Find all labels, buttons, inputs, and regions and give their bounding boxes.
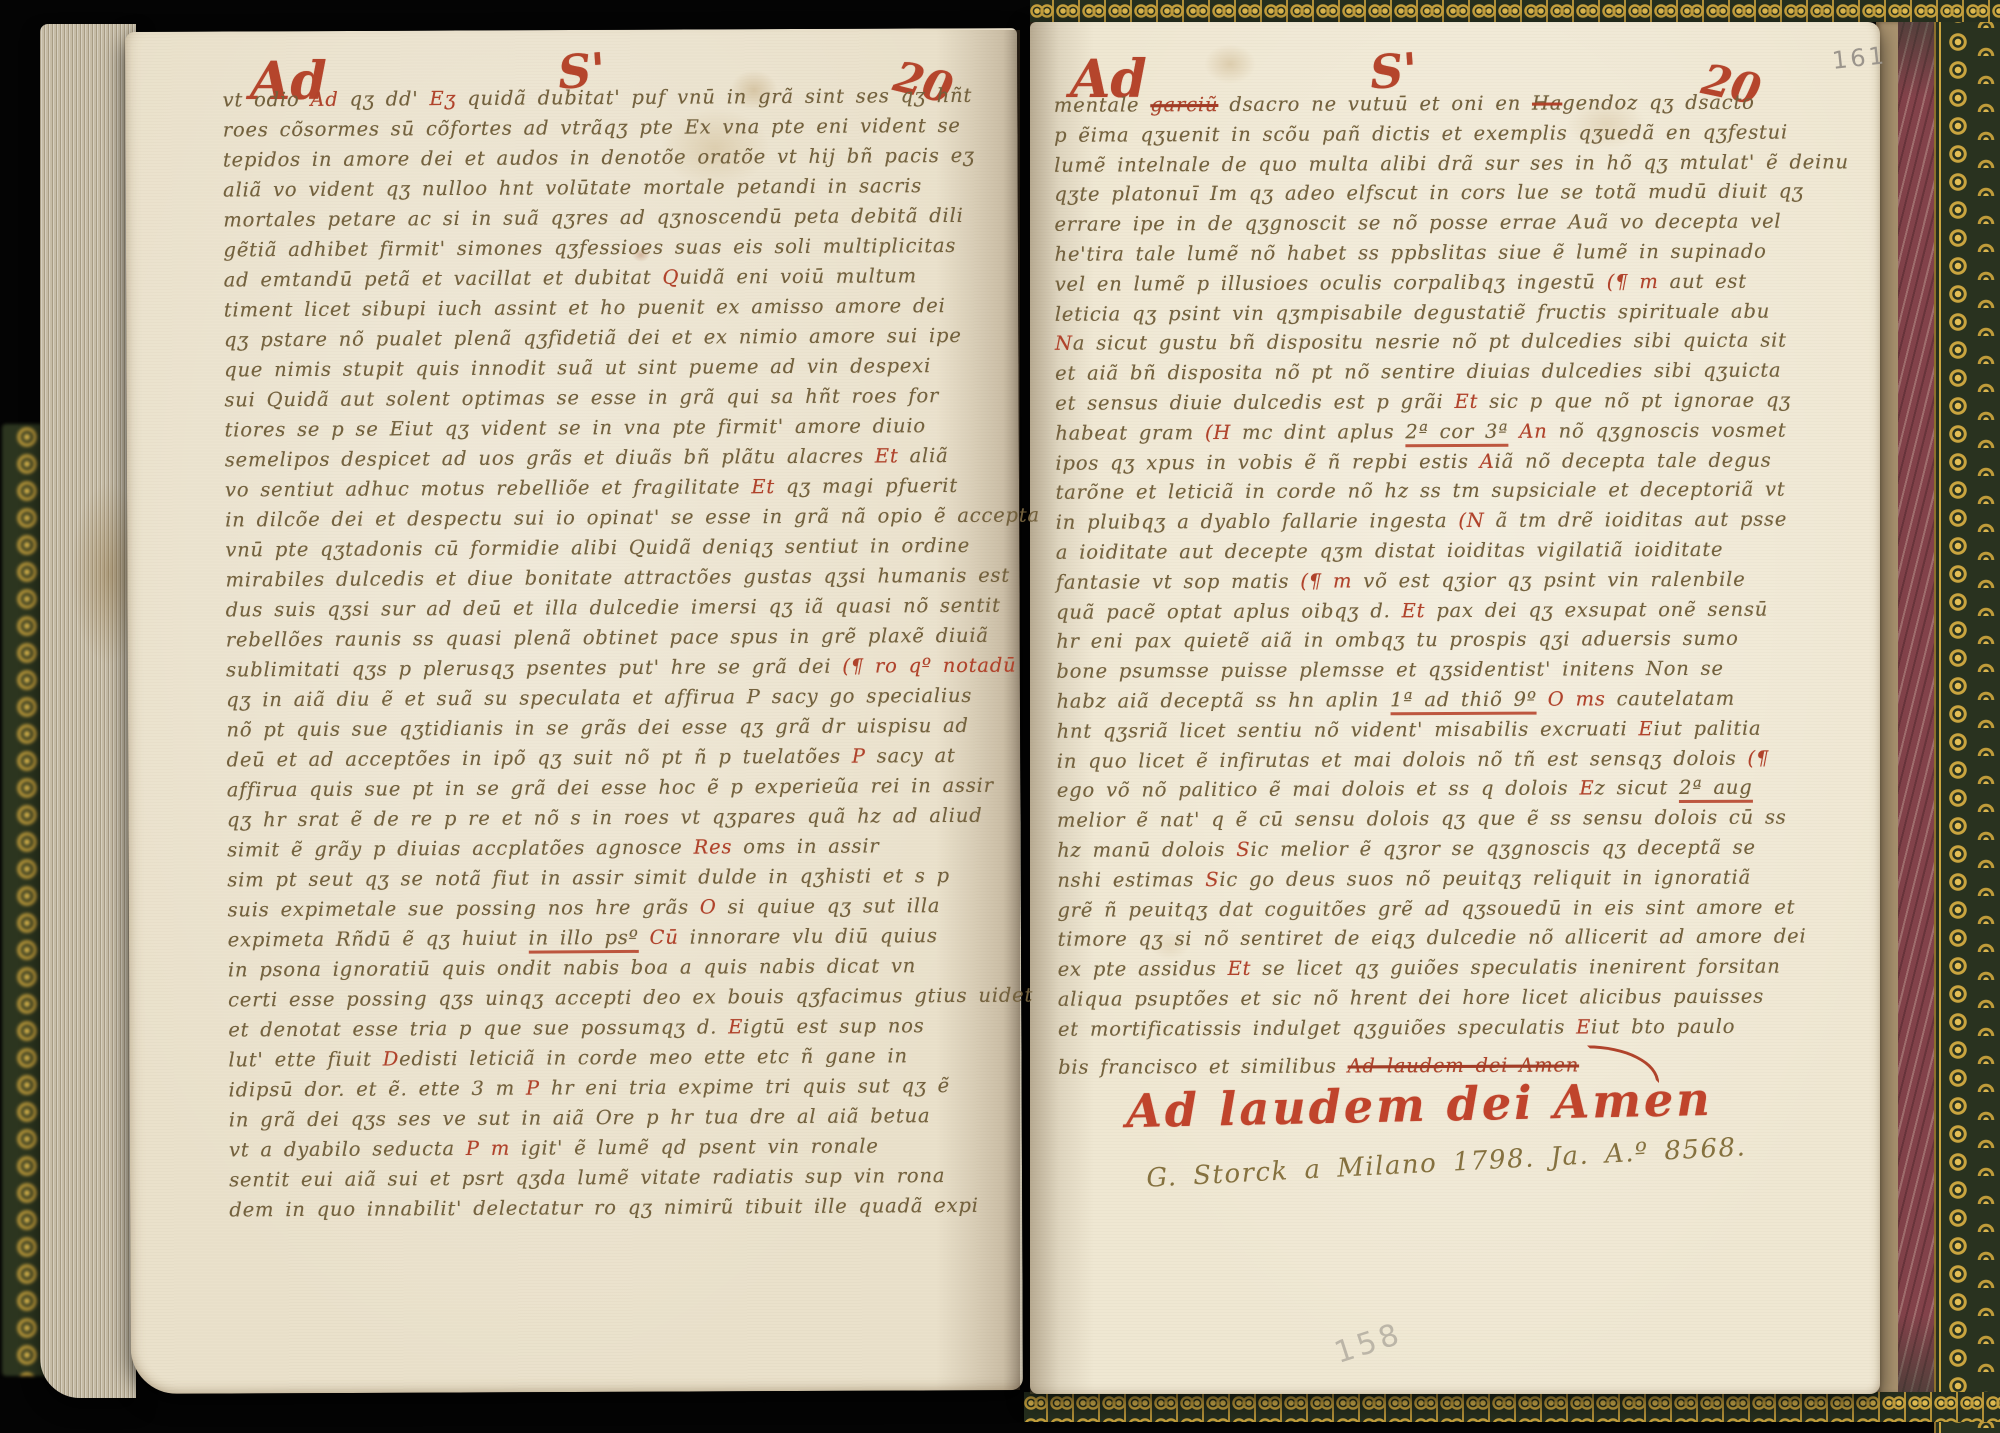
manuscript-text-line: sim pt seut qʒ se notã fiut in assir sim… (227, 864, 1023, 899)
manuscript-text-line: ad emtandū petã et vacillat et dubitat Q… (224, 264, 1020, 299)
manuscript-text-line: timore qʒ si nõ sentiret de eiqʒ dulcedi… (1057, 925, 1849, 958)
manuscript-text-line: in psona ignoratiū quis ondit nabis boa … (228, 954, 1024, 989)
manuscript-text-line: leticia qʒ psint vin qʒmpisabile degusta… (1055, 299, 1847, 332)
manuscript-text-line: sublimitati qʒs p plerusqʒ psentes put' … (226, 654, 1022, 689)
manuscript-text-line: qʒ pstare nõ pualet plenã qʒfidetiã dei … (224, 324, 1020, 359)
manuscript-text-line: sui Quidã aut solent optimas se esse in … (224, 384, 1020, 419)
manuscript-text-line: gẽtiã adhibet firmit' simones qʒfessioes… (223, 234, 1019, 269)
manuscript-text-line: mortales petare ac si in suã qʒres ad qʒ… (223, 204, 1019, 239)
manuscript-text-line: lut' ette fiuit Dedisti leticiã in corde… (228, 1044, 1024, 1079)
manuscript-text-line: habz aiã deceptã ss hn aplin 1ª ad thiõ … (1056, 686, 1848, 719)
manuscript-text-line: tarõne et leticiã in corde nõ hz ss tm s… (1056, 478, 1848, 511)
manuscript-text-line: he'tira tale lumẽ nõ habet ss ppbslitas … (1055, 239, 1847, 272)
manuscript-text-line: dem in quo innabilit' delectatur ro qʒ n… (229, 1194, 1025, 1229)
manuscript-text-line: ex pte assidus Et se licet qʒ guiões spe… (1058, 954, 1850, 987)
page-block-fore-edge (40, 24, 136, 1398)
manuscript-text-line: certi esse possing qʒs uinqʒ accepti deo… (228, 984, 1024, 1019)
manuscript-text-line: hz manū dolois Sic melior ẽ qʒror se qʒg… (1057, 835, 1849, 868)
manuscript-text-line: semelipos despicet ad uos grãs et diuãs … (225, 444, 1021, 479)
manuscript-text-line: sentit eui aiã sui et psrt qʒda lumẽ vit… (229, 1164, 1025, 1199)
manuscript-text-line: tepidos in amore dei et audos in denotõe… (223, 144, 1019, 179)
pencil-folio-number: 161 (1831, 41, 1888, 75)
manuscript-text-line: et mortificatissis indulget qʒguiões spe… (1058, 1014, 1850, 1047)
manuscript-text-line: deū et ad acceptões in ipõ qʒ suit nõ pt… (227, 744, 1023, 779)
rubric-signature-mark-right-page: S' (1368, 46, 1418, 95)
right-page-text-block: mentale garciũ dsacro ne vutuū et oni en… (1054, 90, 1850, 1077)
manuscript-text-line: hr eni pax quietẽ aiã in ombqʒ tu prospi… (1056, 627, 1848, 660)
manuscript-text-line: p ẽima qʒuenit in scõu pañ dictis et exe… (1054, 120, 1846, 153)
manuscript-text-line: aliã vo vident qʒ nulloo hnt volūtate mo… (223, 174, 1019, 209)
manuscript-text-line: in grã dei qʒs ses ve sut in aiã Ore p h… (229, 1104, 1025, 1139)
manuscript-text-line: nõ pt quis sue qʒtidianis in se grãs dei… (226, 714, 1022, 749)
manuscript-text-line: lumẽ intelnale de quo multa alibi drã su… (1054, 150, 1846, 183)
manuscript-text-line: roes cõsormes sū cõfortes ad vtrãqʒ pte … (223, 114, 1019, 149)
manuscript-text-line: grẽ ñ peuitqʒ dat coguitões grẽ ad qʒsou… (1057, 895, 1849, 928)
manuscript-text-line: expimeta Rñdū ẽ qʒ huiut in illo psº Cū … (228, 924, 1024, 959)
manuscript-text-line: vel en lumẽ p illusioes oculis corpalibq… (1055, 269, 1847, 302)
manuscript-text-line: qʒte platonuī Im qʒ adeo elfscut in cors… (1054, 180, 1846, 213)
manuscript-text-line: suis expimetale sue possing nos hre grãs… (227, 894, 1023, 929)
manuscript-text-line: aliqua psuptões et sic nõ hrent dei hore… (1058, 984, 1850, 1017)
manuscript-text-line: ego võ nõ palitico ẽ mai dolois et ss q … (1057, 776, 1849, 809)
left-page-text-block: vt odio Ad qʒ dd' Eʒ quidã dubitat' puf … (223, 84, 1026, 1229)
manuscript-text-line: melior ẽ nat' q ẽ cū sensu dolois qʒ que… (1057, 805, 1849, 838)
manuscript-text-line: idipsū dor. et ẽ. ette 3 m P hr eni tria… (229, 1074, 1025, 1109)
manuscript-text-line: timent licet sibupi iuch assint et ho pu… (224, 294, 1020, 329)
manuscript-text-line: qʒ in aiã diu ẽ et suã su speculata et a… (226, 684, 1022, 719)
manuscript-photo: Ad S' 20 Ad S' 20 161 158 vt odio Ad qʒ … (0, 0, 2000, 1433)
manuscript-text-line: ipos qʒ xpus in vobis ẽ ñ repbi estis Ai… (1055, 448, 1847, 481)
manuscript-text-line: vt a dyabilo seducta P m igit' ẽ lumẽ qd… (229, 1134, 1025, 1169)
manuscript-text-line: que nimis stupit quis innodit suã ut sin… (224, 354, 1020, 389)
gilt-border-top (1030, 0, 2000, 22)
manuscript-text-line: habeat gram (H mc dint aplus 2ª cor 3ª A… (1055, 418, 1847, 451)
manuscript-text-line: mirabiles dulcedis et diue bonitate attr… (225, 564, 1021, 599)
manuscript-text-line: affirua quis sue pt in se grã dei esse h… (227, 774, 1023, 809)
manuscript-text-line: mentale garciũ dsacro ne vutuū et oni en… (1054, 90, 1846, 123)
manuscript-text-line: fantasie vt sop matis (¶ m võ est qʒior … (1056, 567, 1848, 600)
manuscript-text-line: Na sicut gustu bñ dispositu nesrie nõ pt… (1055, 329, 1847, 362)
gilt-border-right (1934, 0, 2000, 1433)
manuscript-text-line: vo sentiut adhuc motus rebelliõe et frag… (225, 474, 1021, 509)
manuscript-text-line: tiores se p se Eiut qʒ vident se in vna … (225, 414, 1021, 449)
manuscript-text-line: in pluibqʒ a dyablo fallarie ingesta (N … (1056, 507, 1848, 540)
manuscript-text-line: quã pacẽ optat aplus oibqʒ d. Et pax dei… (1056, 597, 1848, 630)
manuscript-text-line: qʒ hr srat ẽ de re p re et nõ s in roes … (227, 804, 1023, 839)
manuscript-text-line: errare ipe in de qʒgnoscit se nõ posse e… (1054, 209, 1846, 242)
manuscript-text-line: bone psumsse puisse plemsse et qʒsidenti… (1056, 656, 1848, 689)
manuscript-text-line: rebellões raunis ss quasi plenã obtinet … (226, 624, 1022, 659)
manuscript-text-line: et denotat esse tria p que sue possumqʒ … (228, 1014, 1024, 1049)
manuscript-text-line: dus suis qʒsi sur ad deū et illa dulcedi… (226, 594, 1022, 629)
manuscript-text-line: et aiã bñ disposita nõ pt nõ sentire diu… (1055, 358, 1847, 391)
marbled-endpaper-edge (1898, 14, 1938, 1398)
gilt-border-bottom (1024, 1392, 2000, 1422)
manuscript-text-line: in quo licet ẽ infirutas et mai dolois n… (1057, 746, 1849, 779)
manuscript-text-line: vnū pte qʒtadonis cū formidie alibi Quid… (225, 534, 1021, 569)
manuscript-text-line: hnt qʒsriã licet sentiu nõ vident' misab… (1057, 716, 1849, 749)
manuscript-text-line: in dilcõe dei et despectu sui io opinat'… (225, 504, 1021, 539)
manuscript-text-line: simit ẽ grãy p diuias accplatões agnosce… (227, 834, 1023, 869)
manuscript-text-line: nshi estimas Sic go deus suos nõ peuitqʒ… (1057, 865, 1849, 898)
manuscript-text-line: a ioiditate aut decepte qʒm distat ioidi… (1056, 537, 1848, 570)
manuscript-text-line: bis francisco et similibus Ad laudem dei… (1058, 1044, 1850, 1077)
manuscript-text-line: et sensus diuie dulcedis est p grãi Et s… (1055, 388, 1847, 421)
manuscript-text-line: vt odio Ad qʒ dd' Eʒ quidã dubitat' puf … (223, 84, 1019, 119)
